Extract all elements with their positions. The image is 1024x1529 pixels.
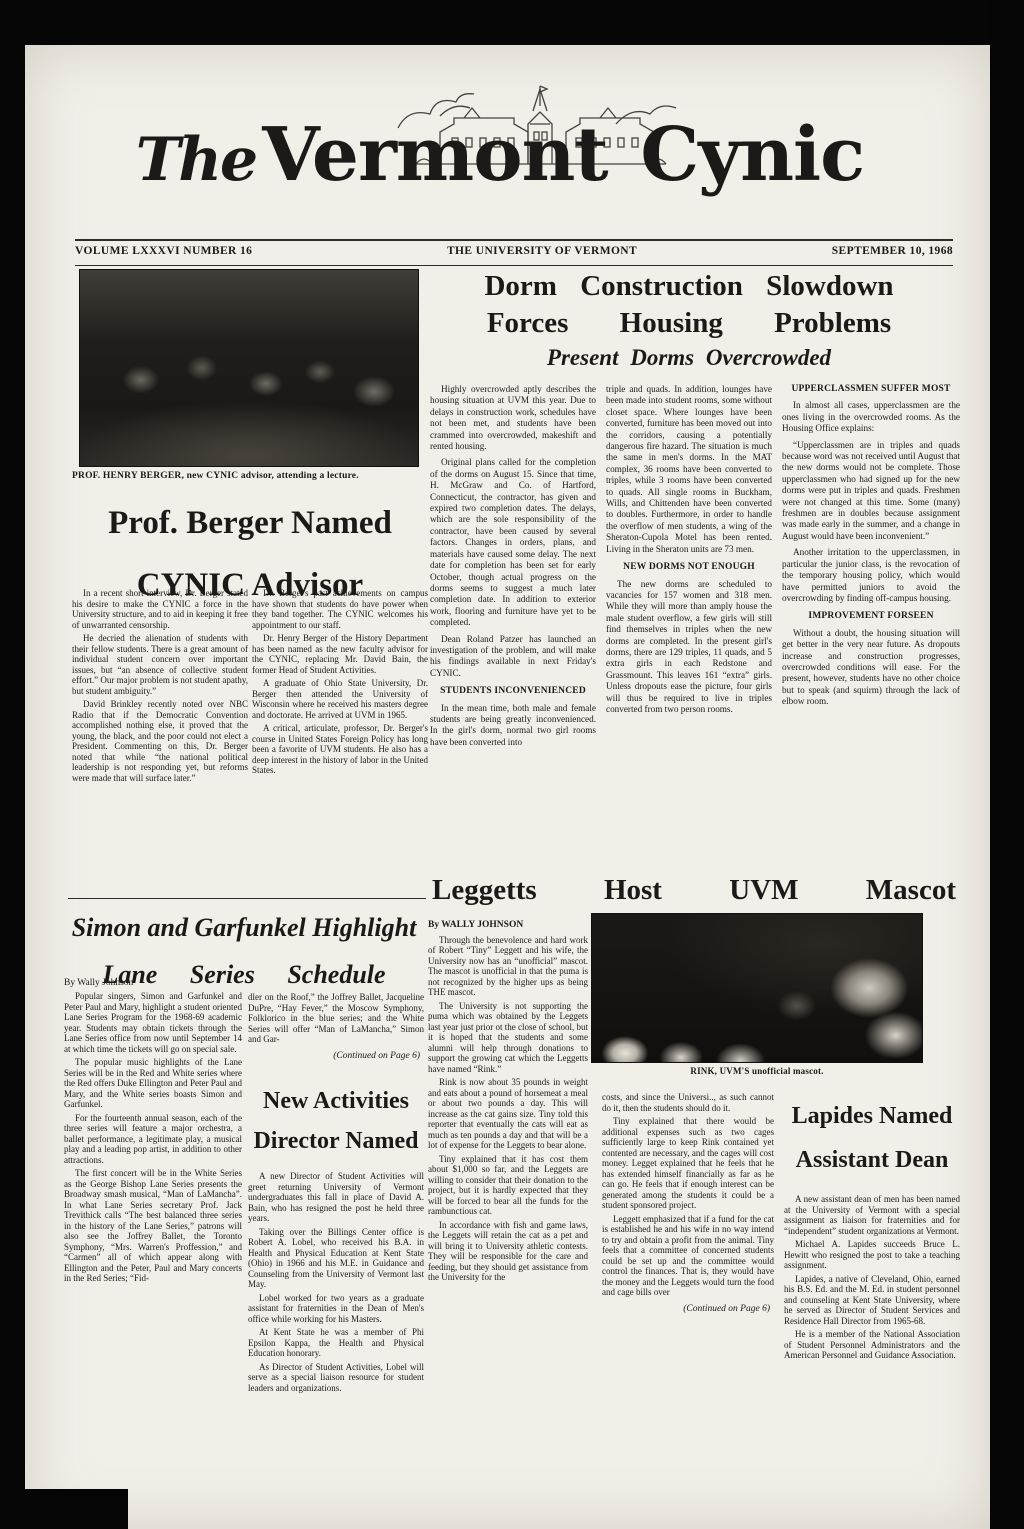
- housing-paragraph: In almost all cases, upperclassmen are t…: [782, 400, 960, 434]
- housing-col1-paras2: In the mean time, both male and female s…: [430, 703, 596, 749]
- volume-number: VOLUME LXXXVI NUMBER 16: [75, 245, 252, 257]
- housing-paragraph: Another irritation to the upperclassmen,…: [782, 547, 960, 604]
- lapides-paragraph: Lapides, a native of Cleveland, Ohio, ea…: [784, 1274, 960, 1327]
- activities-paragraph: Taking over the Billings Center office i…: [248, 1227, 424, 1290]
- activities-paragraph: At Kent State he was a member of Phi Eps…: [248, 1327, 424, 1359]
- housing-col1-paras: Highly overcrowded aptly describes the h…: [430, 384, 596, 679]
- housing-column-2: triple and quads. In addition, lounges h…: [606, 384, 772, 720]
- lead-headline: Dorm Construction Slowdown Forces Housin…: [432, 268, 946, 342]
- mascot-col1-paras: Through the benevolence and hard work of…: [428, 935, 588, 1283]
- housing-paragraph: Dean Roland Patzer has launched an inves…: [430, 634, 596, 680]
- housing-column-3: UPPERCLASSMEN SUFFER MOST In almost all …: [782, 384, 960, 713]
- dateline: VOLUME LXXXVI NUMBER 16 THE UNIVERSITY O…: [75, 245, 953, 257]
- section-divider-rule: [68, 898, 426, 899]
- berger-paragraph: Dr. Berger's past achievements on campus…: [252, 588, 428, 630]
- mascot-paragraph: Rink is now about 35 pounds in weight an…: [428, 1077, 588, 1151]
- mascot-headline-word: UVM: [729, 874, 798, 907]
- mascot-paragraph: Tiny explained that it has cost them abo…: [428, 1154, 588, 1217]
- lane-paragraph: The popular music highlights of the Lane…: [64, 1057, 242, 1110]
- housing-paragraph: In the mean time, both male and female s…: [430, 703, 596, 749]
- berger-photo-caption: PROF. HENRY BERGER, new CYNIC advisor, a…: [72, 471, 426, 481]
- lane-continued-note: (Continued on Page 6): [248, 1051, 420, 1062]
- mascot-column-1: By WALLY JOHNSON Through the benevolence…: [428, 920, 588, 1286]
- activities-headline: New Activities Director Named: [248, 1081, 424, 1161]
- lead-headline-line2: Forces Housing Problems: [432, 305, 946, 342]
- activities-paragraph: A new Director of Student Activities wil…: [248, 1171, 424, 1224]
- berger-paragraph: Dr. Henry Berger of the History Departme…: [252, 633, 428, 675]
- mascot-paragraph: Through the benevolence and hard work of…: [428, 935, 588, 998]
- housing-paragraph: Original plans called for the completion…: [430, 457, 596, 628]
- subhead-improvement-forseen: IMPROVEMENT FORSEEN: [782, 611, 960, 622]
- newspaper-front-page: The Vermont Cynic VOLUME LXXXVI NUMBER 1…: [0, 0, 1024, 1529]
- lane-col1-paras: Popular singers, Simon and Garfunkel and…: [64, 991, 242, 1284]
- activities-headline-line1: New Activities: [248, 1081, 424, 1121]
- berger-col2-paras: Dr. Berger's past achievements on campus…: [252, 588, 428, 776]
- lane-column-1: Popular singers, Simon and Garfunkel and…: [64, 991, 242, 1287]
- housing-col2-paras: triple and quads. In addition, lounges h…: [606, 384, 772, 555]
- lane-paragraph: For the fourteenth annual season, each o…: [64, 1113, 242, 1166]
- housing-paragraph: triple and quads. In addition, lounges h…: [606, 384, 772, 555]
- lane-col2-paras: dler on the Roof,” the Joffrey Ballet, J…: [248, 992, 424, 1045]
- mascot-paragraph: Leggett emphasized that if a fund for th…: [602, 1214, 774, 1298]
- masthead-rule-bottom: [75, 265, 953, 266]
- masthead-title: The Vermont Cynic: [90, 112, 910, 242]
- housing-col3-paras2: Without a doubt, the housing situation w…: [782, 628, 960, 708]
- mascot-continued-note: (Continued on Page 6): [602, 1304, 770, 1315]
- mascot-byline: By WALLY JOHNSON: [428, 920, 588, 931]
- mascot-paragraph: In accordance with fish and game laws, t…: [428, 1220, 588, 1283]
- masthead-main: Vermont Cynic: [262, 112, 864, 198]
- mascot-headline-word: Host: [604, 874, 662, 907]
- mascot-paragraph: The University is not supporting the pum…: [428, 1001, 588, 1075]
- berger-column-2: Dr. Berger's past achievements on campus…: [252, 588, 428, 779]
- mascot-headline-word: Mascot: [866, 874, 956, 907]
- university-name: THE UNIVERSITY OF VERMONT: [447, 245, 637, 257]
- subhead-new-dorms-not-enough: NEW DORMS NOT ENOUGH: [606, 562, 772, 573]
- mascot-headline-word: Leggetts: [432, 874, 537, 907]
- lapides-headline-line1: Lapides Named: [784, 1094, 960, 1138]
- berger-column-1: In a recent short interview, Dr. Berger …: [72, 588, 248, 786]
- subhead-students-inconvenienced: STUDENTS INCONVENIENCED: [430, 686, 596, 697]
- housing-column-1: Highly overcrowded aptly describes the h…: [430, 384, 596, 753]
- lane-headline-line1: Simon and Garfunkel Highlight: [58, 904, 430, 951]
- scan-edge-artifact: [990, 0, 1024, 1100]
- berger-paragraph: In a recent short interview, Dr. Berger …: [72, 588, 248, 630]
- lane-paragraph: dler on the Roof,” the Joffrey Ballet, J…: [248, 992, 424, 1045]
- lapides-article: Lapides Named Assistant Dean A new assis…: [784, 1094, 960, 1364]
- housing-col3-paras: In almost all cases, upperclassmen are t…: [782, 400, 960, 604]
- berger-col1-paras: In a recent short interview, Dr. Berger …: [72, 588, 248, 783]
- mascot-column-2: costs, and since the Universi.., as such…: [602, 1092, 774, 1314]
- berger-paragraph: David Brinkley recently noted over NBC R…: [72, 699, 248, 783]
- activities-paras: A new Director of Student Activities wil…: [248, 1171, 424, 1393]
- lapides-paragraph: He is a member of the National Associati…: [784, 1329, 960, 1361]
- scan-corner-artifact: [0, 1489, 128, 1529]
- activities-paragraph: As Director of Student Activities, Lobel…: [248, 1362, 424, 1394]
- lane-column-2: dler on the Roof,” the Joffrey Ballet, J…: [248, 992, 424, 1396]
- mascot-headline: LeggettsHostUVMMascot: [432, 874, 956, 907]
- activities-paragraph: Lobel worked for two years as a graduate…: [248, 1293, 424, 1325]
- housing-paragraph: The new dorms are scheduled to vacancies…: [606, 579, 772, 716]
- berger-headline-line1: Prof. Berger Named: [72, 492, 428, 554]
- mascot-paragraph: Tiny explained that there would be addit…: [602, 1116, 774, 1211]
- housing-paragraph: Without a doubt, the housing situation w…: [782, 628, 960, 708]
- lane-paragraph: The first concert will be in the White S…: [64, 1168, 242, 1284]
- lane-paragraph: Popular singers, Simon and Garfunkel and…: [64, 991, 242, 1054]
- rink-mascot-photo: [592, 914, 922, 1062]
- mascot-paragraph: costs, and since the Universi.., as such…: [602, 1092, 774, 1113]
- activities-headline-line2: Director Named: [248, 1121, 424, 1161]
- lead-headline-line1: Dorm Construction Slowdown: [432, 268, 946, 305]
- subhead-upperclassmen-suffer: UPPERCLASSMEN SUFFER MOST: [782, 384, 960, 395]
- berger-lecture-photo: [80, 270, 418, 466]
- lapides-paragraph: Michael A. Lapides succeeds Bruce L. Hew…: [784, 1239, 960, 1271]
- berger-paragraph: He decried the alienation of students wi…: [72, 633, 248, 696]
- housing-col2-paras2: The new dorms are scheduled to vacancies…: [606, 579, 772, 716]
- lane-byline: By Wally Johnson: [64, 978, 242, 988]
- housing-paragraph: Highly overcrowded aptly describes the h…: [430, 384, 596, 452]
- housing-paragraph: “Upperclassmen are in triples and quads …: [782, 440, 960, 543]
- mascot-col2-paras: costs, and since the Universi.., as such…: [602, 1092, 774, 1298]
- rink-photo-caption: RINK, UVM'S unofficial mascot.: [592, 1066, 922, 1076]
- berger-paragraph: A critical, articulate, professor, Dr. B…: [252, 723, 428, 776]
- lapides-paras: A new assistant dean of men has been nam…: [784, 1194, 960, 1361]
- lapides-headline-line2: Assistant Dean: [784, 1138, 960, 1182]
- issue-date: SEPTEMBER 10, 1968: [832, 245, 953, 257]
- lead-subhead: Present Dorms Overcrowded: [432, 345, 946, 371]
- masthead-the: The: [136, 125, 256, 195]
- berger-paragraph: A graduate of Ohio State University, Dr.…: [252, 678, 428, 720]
- lapides-headline: Lapides Named Assistant Dean: [784, 1094, 960, 1182]
- lapides-paragraph: A new assistant dean of men has been nam…: [784, 1194, 960, 1236]
